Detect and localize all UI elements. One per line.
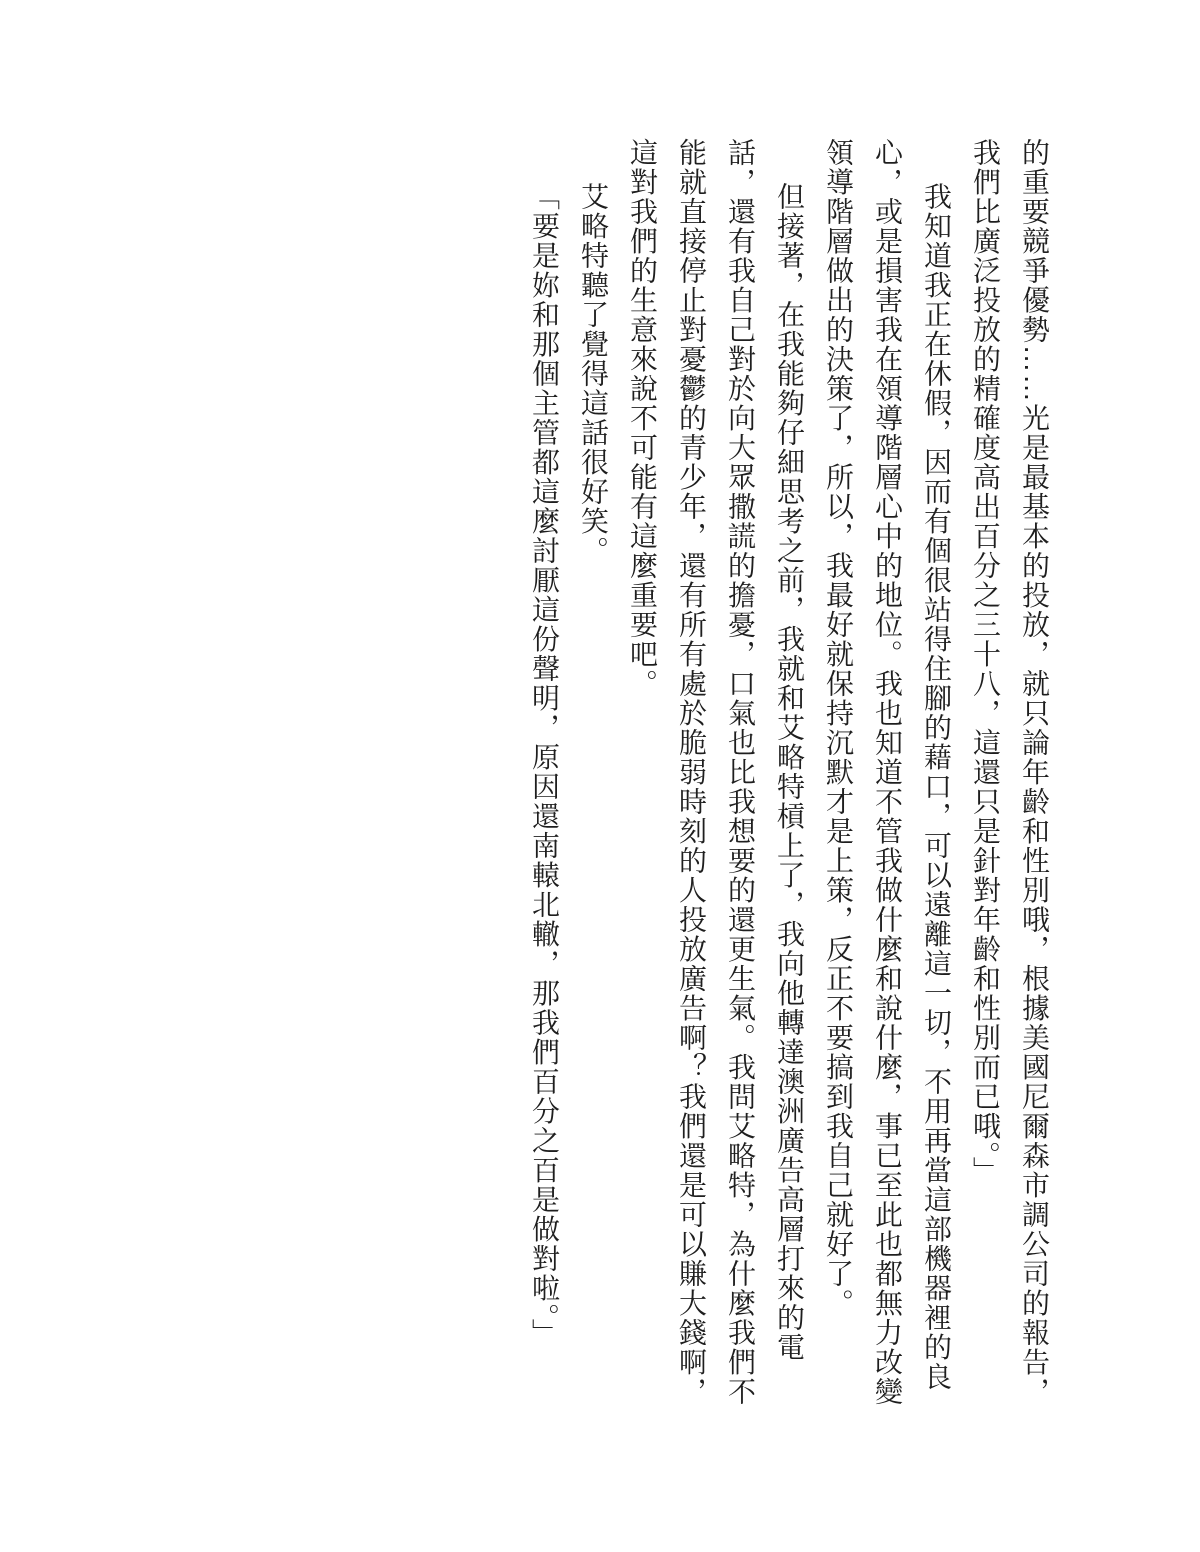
paragraph-continued: 的重要競爭優勢……光是最基本的投放，就只論年齡和性別哦，根據美國尼爾森市調公司的… bbox=[961, 138, 1059, 1408]
book-page: { "page": { "background": "#ffffff", "te… bbox=[0, 0, 1200, 1552]
paragraph: 我知道我正在休假，因而有個很站得住腳的藉口，可以遠離這一切，不用再當這部機器裡的… bbox=[814, 138, 961, 1408]
paragraph-dialogue: 「要是妳和那個主管都這麼討厭這份聲明，原因還南轅北轍，那我們百分之百是做對啦。」 bbox=[520, 138, 569, 1408]
vertical-text-block: 的重要競爭優勢……光是最基本的投放，就只論年齡和性別哦，根據美國尼爾森市調公司的… bbox=[520, 138, 1059, 1408]
paragraph: 艾略特聽了覺得這話很好笑。 bbox=[569, 138, 618, 1408]
paragraph: 但接著，在我能夠仔細思考之前，我就和艾略特槓上了，我向他轉達澳洲廣告高層打來的電… bbox=[618, 138, 814, 1408]
page-background: 的重要競爭優勢……光是最基本的投放，就只論年齡和性別哦，根據美國尼爾森市調公司的… bbox=[0, 0, 1200, 1552]
